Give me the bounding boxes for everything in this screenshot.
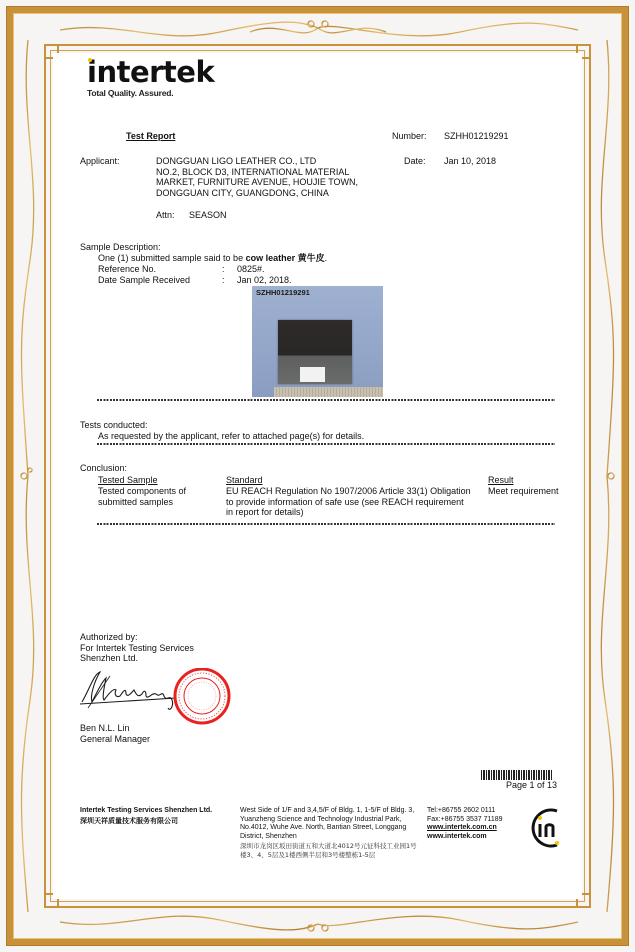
sample-label-sticker xyxy=(300,367,325,382)
footer-address-cn: 深圳市龙岗区坂田街道五和大道北4012号元征科技工业园1号楼3、4、5层及1楼西… xyxy=(240,842,420,860)
reference-label: Reference No. xyxy=(98,264,156,275)
sample-material: cow leather 黄牛皮 xyxy=(246,253,325,263)
footer-company-cn: 深圳天祥质量技术服务有限公司 xyxy=(80,816,178,826)
applicant-line: MARKET, FURNITURE AVENUE, HOUJIE TOWN, xyxy=(156,177,358,188)
auth-line: Authorized by: xyxy=(80,632,194,643)
attn-label: Attn: xyxy=(156,210,175,221)
signature-icon xyxy=(80,672,176,709)
signer-title: General Manager xyxy=(80,734,150,745)
signer: Ben N.L. Lin General Manager xyxy=(80,723,150,744)
applicant-line: DONGGUAN CITY, GUANGDONG, CHINA xyxy=(156,188,358,199)
auth-line: For Intertek Testing Services xyxy=(80,643,194,654)
applicant-line: DONGGUAN LIGO LEATHER CO., LTD xyxy=(156,156,358,167)
footer-address: West Side of 1/F and 3,4,5/F of Bldg. 1,… xyxy=(240,807,420,841)
footer-fax: Fax:+86755 3537 71189 xyxy=(427,816,503,825)
footer-company: Intertek Testing Services Shenzhen Ltd. xyxy=(80,807,212,816)
asterisk-divider xyxy=(97,523,555,525)
logo-accent-dot xyxy=(88,58,92,62)
sample-description-end: . xyxy=(325,253,328,263)
barcode xyxy=(481,770,553,780)
applicant-address: DONGGUAN LIGO LEATHER CO., LTD NO.2, BLO… xyxy=(156,156,358,198)
footer-tel: Tel:+86755 2602 0111 xyxy=(427,807,503,816)
column-header-standard: Standard xyxy=(226,475,263,486)
sample-description: One (1) submitted sample said to be cow … xyxy=(98,253,327,264)
report-number-label: Number: xyxy=(392,131,427,142)
date-received: Jan 02, 2018. xyxy=(237,275,292,286)
sample-photo: SZHH01219291 xyxy=(252,286,383,397)
authorized-by: Authorized by: For Intertek Testing Serv… xyxy=(80,632,194,664)
conclusion-tested-sample: Tested components of submitted samples xyxy=(98,486,186,507)
report-number: SZHH01219291 xyxy=(444,131,509,142)
report-title: Test Report xyxy=(126,131,175,142)
auth-line: Shenzhen Ltd. xyxy=(80,653,194,664)
footer-web-cn-link[interactable]: www.intertek.com.cn xyxy=(427,824,503,833)
attn-value: SEASON xyxy=(189,210,227,221)
intertek-logo: intertek xyxy=(87,55,214,89)
sample-photo-caption: SZHH01219291 xyxy=(256,288,310,297)
signer-name: Ben N.L. Lin xyxy=(80,723,150,734)
reference-colon: : xyxy=(222,264,225,275)
column-header-result: Result xyxy=(488,475,514,486)
intertek-in-logo-icon xyxy=(527,805,567,851)
applicant-line: NO.2, BLOCK D3, INTERNATIONAL MATERIAL xyxy=(156,167,358,178)
page-number: Page 1 of 13 xyxy=(506,780,557,791)
signature-and-stamp xyxy=(80,668,240,728)
conclusion-label: Conclusion: xyxy=(80,463,127,474)
footer-web-link[interactable]: www.intertek.com xyxy=(427,833,503,842)
reference-number: 0825#. xyxy=(237,264,265,275)
asterisk-divider xyxy=(97,399,555,401)
report-date-label: Date: xyxy=(404,156,426,167)
tests-conducted-label: Tests conducted: xyxy=(80,420,148,431)
sample-description-label: Sample Description: xyxy=(80,242,161,253)
sample-description-text: One (1) submitted sample said to be xyxy=(98,253,243,263)
date-received-label: Date Sample Received xyxy=(98,275,190,286)
tests-conducted-text: As requested by the applicant, refer to … xyxy=(98,431,364,442)
conclusion-standard: EU REACH Regulation No 1907/2006 Article… xyxy=(226,486,471,518)
ruler xyxy=(274,387,383,397)
column-header-tested-sample: Tested Sample xyxy=(98,475,158,486)
logo-tagline: Total Quality. Assured. xyxy=(87,88,173,98)
company-seal-icon xyxy=(175,669,229,723)
asterisk-divider xyxy=(97,443,555,445)
date-received-colon: : xyxy=(222,275,225,286)
report-date: Jan 10, 2018 xyxy=(444,156,496,167)
footer-contact: Tel:+86755 2602 0111 Fax:+86755 3537 711… xyxy=(427,807,503,841)
applicant-label: Applicant: xyxy=(80,156,120,167)
conclusion-result: Meet requirement xyxy=(488,486,559,497)
